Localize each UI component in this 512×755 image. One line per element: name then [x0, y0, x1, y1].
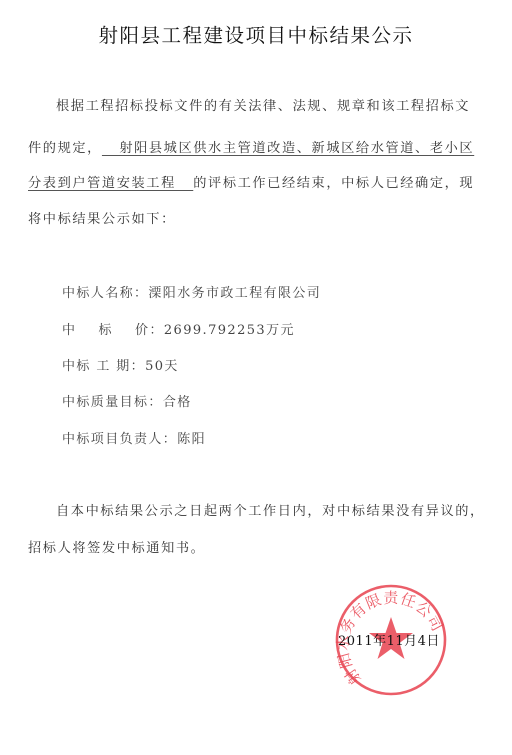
result-label: 中标项目负责人： [62, 432, 177, 447]
result-value: 溧阳水务市政工程有限公司 [148, 286, 321, 301]
result-label: 中标 工 期： [62, 359, 145, 374]
result-label: 中标人名称： [62, 286, 148, 301]
closing-line-1: 自本中标结果公示之日起两个工作日内，对中标结果没有异议的， [56, 500, 485, 519]
intro-line-2-prefix: 件的规定， [28, 141, 102, 156]
result-quality: 中标质量目标：合格 [62, 391, 192, 410]
intro-line-1: 根据工程招标投标文件的有关法律、法规、规章和该工程招标文 [56, 95, 470, 114]
result-manager: 中标项目负责人：陈阳 [62, 428, 206, 447]
intro-line-3-suffix: 的评标工作已经结束，中标人已经确定，现 [193, 176, 474, 191]
result-value: 陈阳 [177, 432, 206, 447]
result-price: 中 标 价：2699.792253万元 [62, 319, 295, 338]
result-value: 2699.792253万元 [164, 323, 295, 338]
result-label: 中 标 价： [62, 323, 164, 338]
intro-line-4: 将中标结果公示如下： [28, 208, 176, 227]
intro-line-3: 分表到户管道安装工程 的评标工作已经结束，中标人已经确定，现 [28, 172, 474, 191]
document-title: 射阳县工程建设项目中标结果公示 [0, 20, 512, 48]
project-name-part-2: 分表到户管道安装工程 [28, 176, 193, 191]
project-name-part-1: 射阳县城区供水主管道改造、新城区给水管道、老小区 [102, 141, 474, 156]
result-value: 合格 [163, 395, 192, 410]
result-winner: 中标人名称：溧阳水务市政工程有限公司 [62, 282, 321, 301]
result-duration: 中标 工 期：50天 [62, 355, 179, 374]
result-label: 中标质量目标： [62, 395, 163, 410]
intro-line-2: 件的规定， 射阳县城区供水主管道改造、新城区给水管道、老小区 [28, 137, 474, 156]
result-value: 50天 [145, 359, 179, 374]
closing-line-2: 招标人将签发中标通知书。 [28, 537, 205, 556]
publication-date: 2011年11月4日 [338, 630, 440, 649]
